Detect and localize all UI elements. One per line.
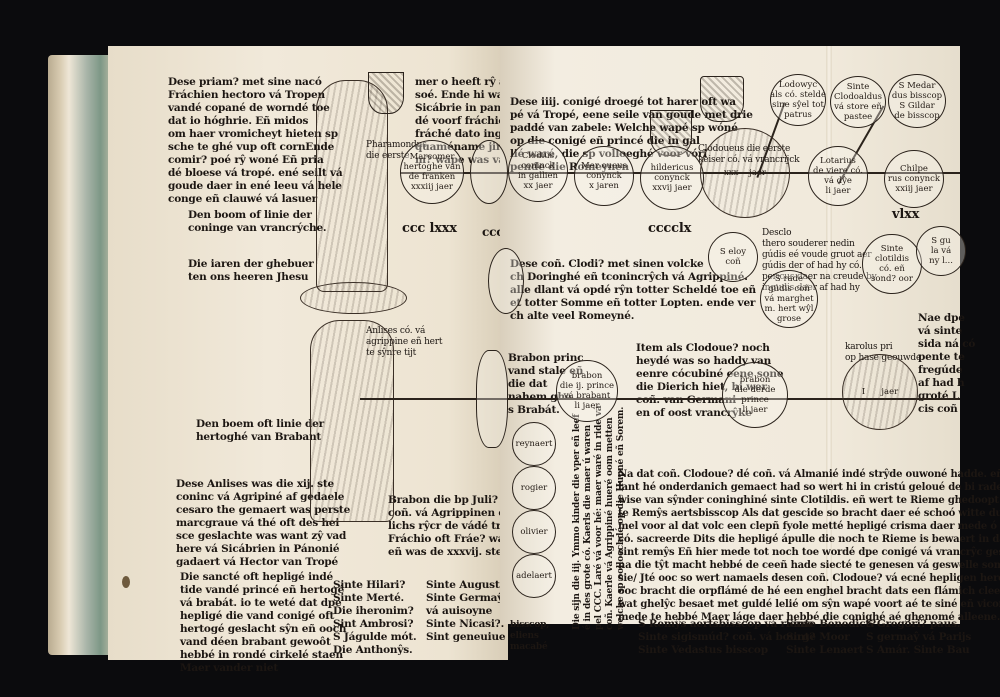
tree-node-medardus: S Medar dus bisscop S Gildar de bisscop — [888, 74, 946, 128]
saints-text: Die sancté oft hepligé indétide vandé pr… — [180, 545, 346, 688]
tree-node-clodoaldus: Sinte Clodoaldus vá store eñ pastee — [830, 76, 886, 128]
roman-year-ccclxxx: ccc lxxx — [402, 222, 457, 235]
right-saints-column-2: Sinte Benedict?Sinte MoorSinte Lenaert — [786, 592, 876, 670]
tree-node-reynaert: reynaert — [512, 422, 556, 466]
tree-node-lotarius: Lotarius de viere có. vá dŷe li jaer — [808, 146, 868, 206]
left-margin-small-text: bisscop,eliensmacabé — [510, 598, 549, 664]
tree-node-portrait — [470, 140, 508, 204]
right-margin-text: Nae dpevá sintesida ná cópente tefregúde… — [918, 286, 975, 429]
tree-node-brabon-iii: brabon die derde prince li jaer — [722, 362, 788, 428]
tree-node-partial-left — [476, 350, 508, 448]
tree-node-brabon-ii: brabon die ij. prince vá brabant li jaer — [556, 360, 618, 422]
duke-woodcut-figure — [310, 320, 394, 522]
tree-node-clodius: Clodius coninck in gallien xx jaer — [508, 140, 568, 202]
tree-node-eloy: S eloy coñ — [708, 232, 758, 282]
fleur-de-lis-shield-icon — [700, 76, 744, 122]
tree-node-adelaert: adelaert — [512, 554, 556, 598]
years-heading: Die iaren der ghebuerten ons heeren Jhes… — [188, 232, 314, 297]
tree-node-clotildis: Sinte clotildis có. eñ sond? oor — [862, 234, 922, 294]
lion-shield-icon — [368, 72, 404, 114]
tree-node-karolus-portrait: I jaer — [842, 354, 918, 430]
tree-node-chilpericus: Chilpe rus conynck xxiij jaer — [884, 150, 944, 208]
tree-node-clodoveus-portrait: xxx jaer — [700, 128, 790, 218]
tree-node-radegundis: S rade gúdis coñ vá marghet m. hert wŷl … — [760, 270, 818, 328]
pedestal-woodcut — [300, 282, 407, 314]
roman-year-vlxx: vlxx — [892, 208, 919, 221]
tree-node-gudila: S gu la vá ny l... — [916, 226, 966, 276]
roman-year-cccclx: cccclx — [648, 222, 691, 235]
paper-stain — [122, 576, 130, 588]
right-saints-column-3: S Gregori? paus.S germaŷ vá ParijsS Amár… — [866, 592, 971, 670]
tree-node-lodowyck: Lodowyc als có. stelde sine sŷel tot pat… — [770, 74, 826, 126]
left-saints-column-1: Sinte Hilari?Sinte Merté.Die iheronim?Si… — [333, 553, 416, 670]
tree-node-marcomer: Marcomer hertoghe van de franken xxxiij … — [400, 140, 464, 204]
brabant-heading: Den boem oft linie derhertoghé van Braba… — [196, 392, 324, 457]
tree-node-hildericus: hildericus conynck xxvij jaer — [640, 146, 704, 210]
tree-node-olivier: olivier — [512, 510, 556, 554]
tree-node-rogier: rogier — [512, 466, 556, 510]
tree-node-merovecus: Mer oueus conynck x jaren — [574, 146, 634, 206]
tree-node-partial — [488, 248, 524, 314]
left-saints-column-2: Sinte AugustijSinte Germaŷvá auisoyneSin… — [426, 553, 507, 657]
